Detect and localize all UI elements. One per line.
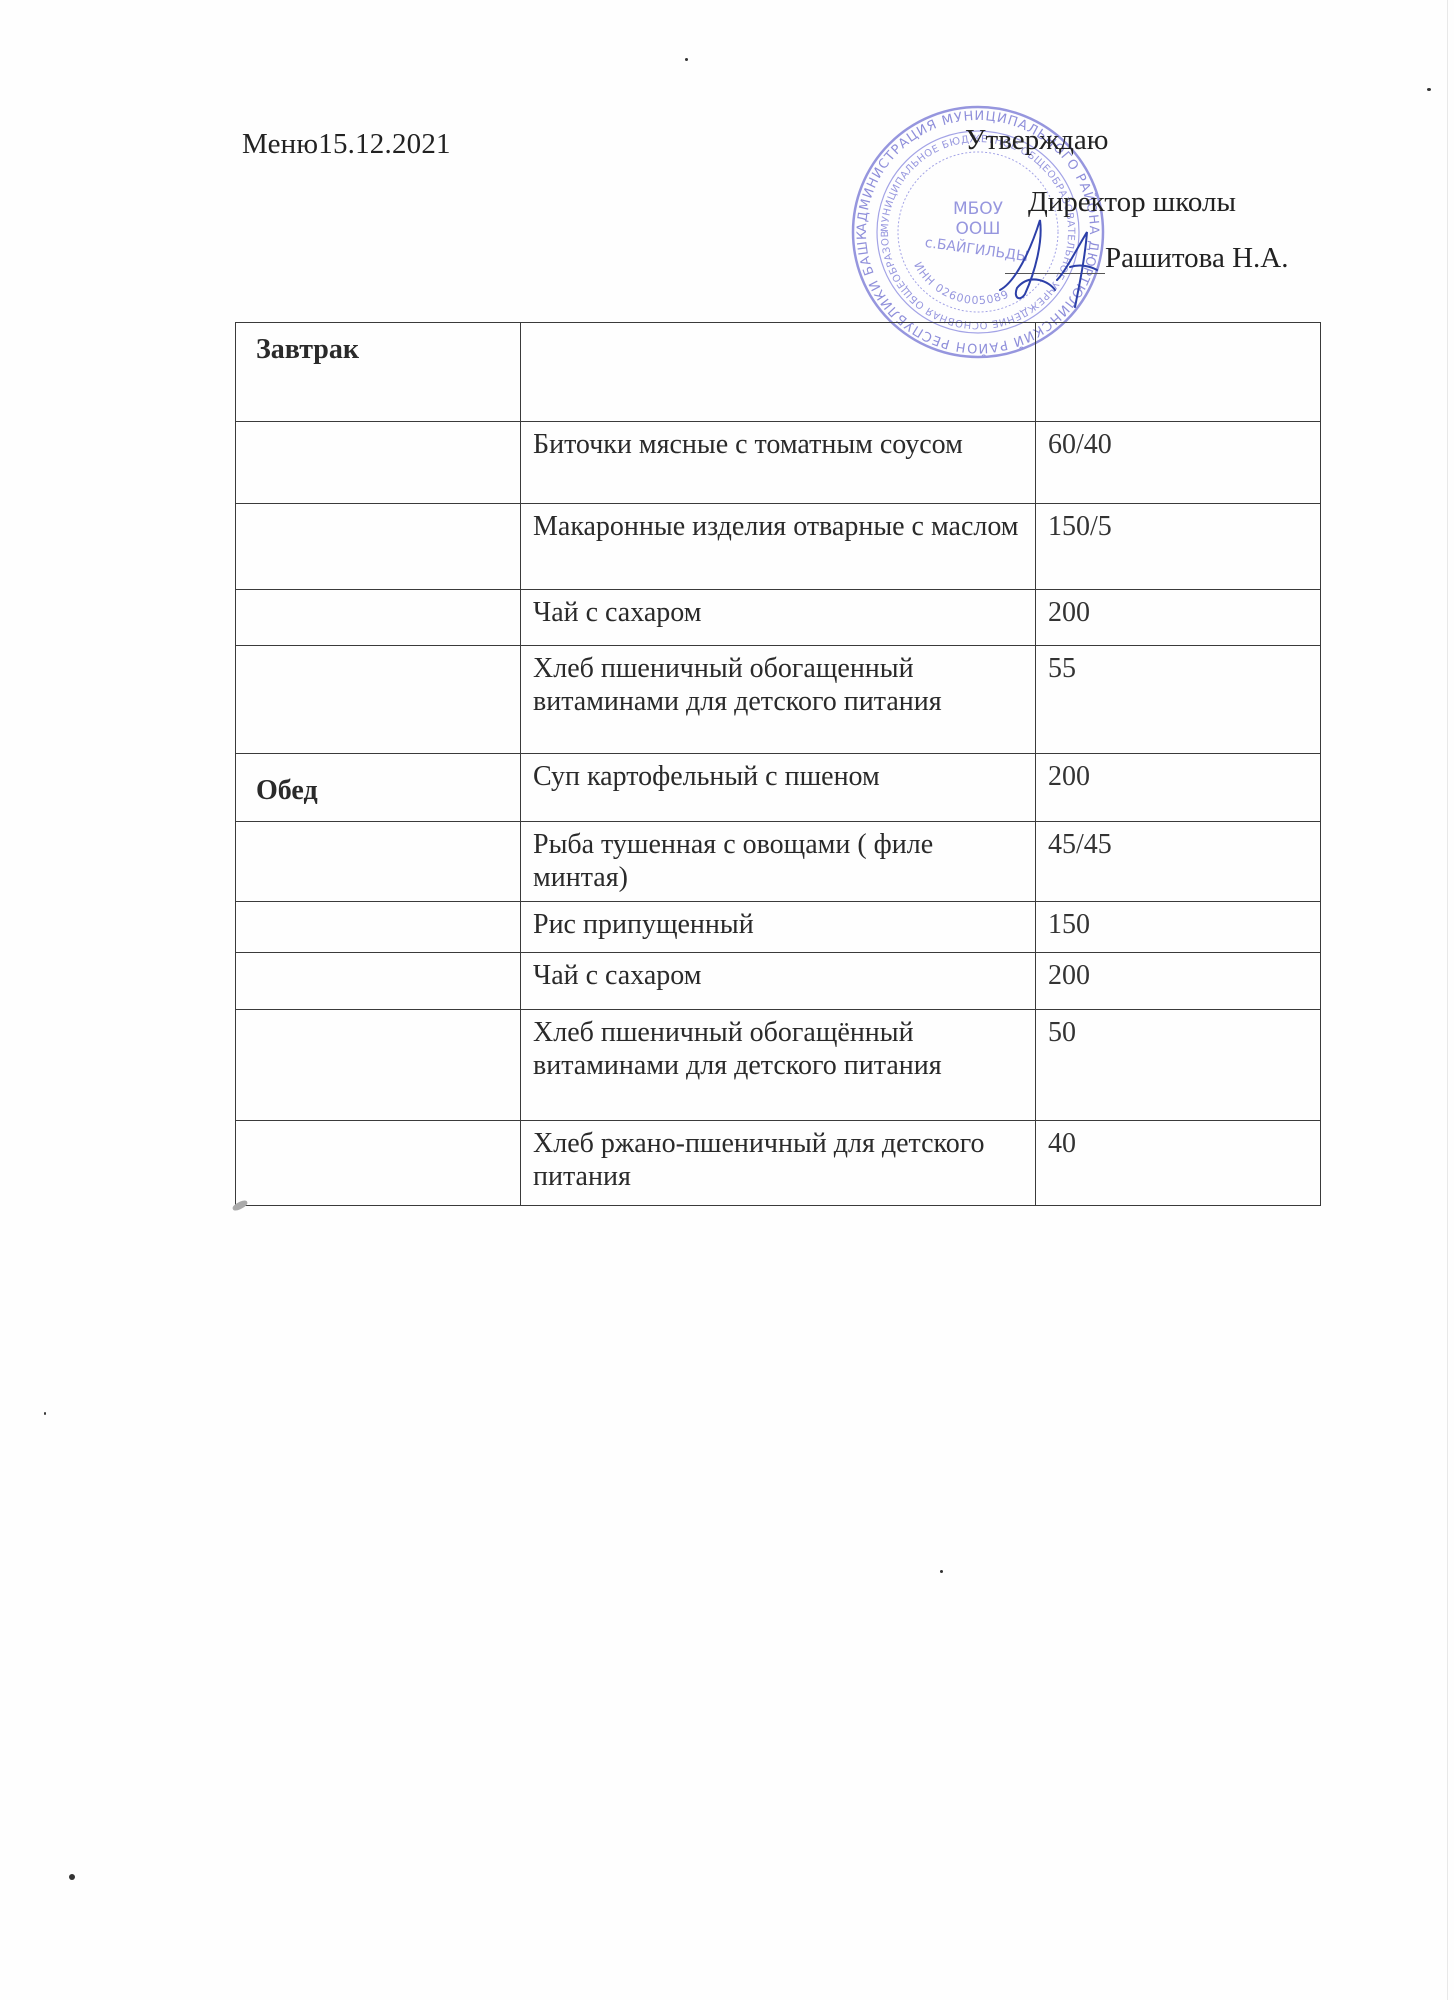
- menu-table: Завтрак Биточки мясные с томатным соусом…: [235, 322, 1321, 1206]
- scan-speck: [1427, 88, 1431, 91]
- svg-text:ИНН 0260005089: ИНН 0260005089: [911, 260, 1011, 307]
- meal-cell: Обед: [236, 754, 521, 822]
- signature-icon: [995, 212, 1115, 312]
- table-row: Рыба тушенная с овощами ( филе минтая) 4…: [236, 822, 1321, 902]
- scan-speck: [44, 1412, 46, 1415]
- dish-cell: Рис припущенный: [521, 902, 1036, 953]
- dish-cell: Суп картофельный с пшеном: [521, 754, 1036, 822]
- table-row: Хлеб ржано-пшеничный для детского питани…: [236, 1121, 1321, 1206]
- table-row: Хлеб пшеничный обогащённый витаминами дл…: [236, 1010, 1321, 1121]
- document-title: Меню15.12.2021: [242, 128, 451, 161]
- table-row: Хлеб пшеничный обогащенный витаминами дл…: [236, 646, 1321, 754]
- meal-cell: [236, 1121, 521, 1206]
- qty-cell: [1036, 323, 1321, 422]
- scan-speck: [685, 58, 688, 61]
- meal-cell: [236, 590, 521, 646]
- table-row: Биточки мясные с томатным соусом 60/40: [236, 422, 1321, 504]
- dish-cell: Чай с сахаром: [521, 590, 1036, 646]
- scan-speck: [69, 1874, 75, 1880]
- meal-cell: [236, 504, 521, 590]
- stamp-center-line-2: ООШ: [956, 219, 1001, 239]
- table-row: Чай с сахаром 200: [236, 953, 1321, 1010]
- table-row: Рис припущенный 150: [236, 902, 1321, 953]
- qty-cell: 40: [1036, 1121, 1321, 1206]
- dish-cell: Хлеб пшеничный обогащённый витаминами дл…: [521, 1010, 1036, 1121]
- qty-cell: 45/45: [1036, 822, 1321, 902]
- dish-cell: Хлеб ржано-пшеничный для детского питани…: [521, 1121, 1036, 1206]
- stamp-center-line-1: МБОУ: [953, 199, 1004, 219]
- meal-cell: [236, 953, 521, 1010]
- dish-cell: Рыба тушенная с овощами ( филе минтая): [521, 822, 1036, 902]
- qty-cell: 50: [1036, 1010, 1321, 1121]
- dish-cell: Хлеб пшеничный обогащенный витаминами дл…: [521, 646, 1036, 754]
- table-row: Макаронные изделия отварные с маслом 150…: [236, 504, 1321, 590]
- qty-cell: 150: [1036, 902, 1321, 953]
- approval-heading: Утверждаю: [965, 124, 1108, 157]
- stamp-inn-text: ИНН 0260005089: [911, 260, 1011, 307]
- qty-cell: 200: [1036, 953, 1321, 1010]
- scan-edge: [1447, 0, 1448, 2000]
- qty-cell: 60/40: [1036, 422, 1321, 504]
- meal-cell: Завтрак: [236, 323, 521, 422]
- qty-cell: 150/5: [1036, 504, 1321, 590]
- meal-cell: [236, 422, 521, 504]
- dish-cell: Биточки мясные с томатным соусом: [521, 422, 1036, 504]
- meal-cell: [236, 822, 521, 902]
- meal-cell: [236, 646, 521, 754]
- qty-cell: 200: [1036, 754, 1321, 822]
- approver-name: Рашитова Н.А.: [1105, 242, 1288, 275]
- table-row: Завтрак: [236, 323, 1321, 422]
- dish-cell: Макаронные изделия отварные с маслом: [521, 504, 1036, 590]
- dish-cell: Чай с сахаром: [521, 953, 1036, 1010]
- scan-speck: [940, 1570, 943, 1573]
- qty-cell: 200: [1036, 590, 1321, 646]
- scan-smudge: [231, 1199, 248, 1212]
- table-row: Обед Суп картофельный с пшеном 200: [236, 754, 1321, 822]
- dish-cell: [521, 323, 1036, 422]
- meal-cell: [236, 1010, 521, 1121]
- table-row: Чай с сахаром 200: [236, 590, 1321, 646]
- meal-cell: [236, 902, 521, 953]
- approver-position: Директор школы: [1028, 186, 1236, 219]
- scanned-page: Меню15.12.2021 АДМИНИСТРАЦИЯ МУНИЦИПАЛЬН…: [0, 0, 1454, 2000]
- qty-cell: 55: [1036, 646, 1321, 754]
- signature-line: [1005, 273, 1105, 274]
- stamp-center-line-3: с.БАЙГИЛЬДЫ: [924, 233, 1030, 265]
